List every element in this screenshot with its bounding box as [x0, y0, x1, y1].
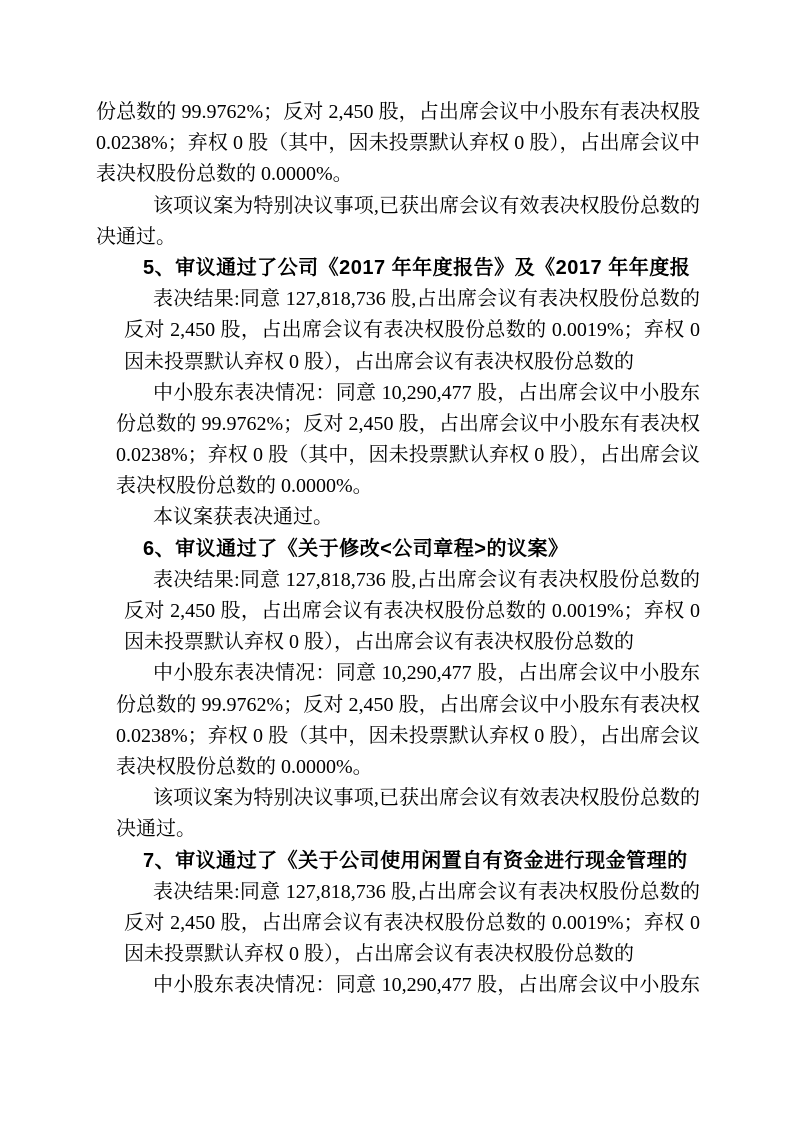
text-line: 表决结果:同意 127,818,736 股,占出席会议有表决权股份总数的 99.…: [96, 284, 700, 315]
resolution-heading: 5、审议通过了公司《2017 年年度报告》及《2017 年年度报告摘要》: [96, 253, 700, 284]
document-page: 份总数的 99.9762%；反对 2,450 股，占出席会议中小股东有表决权股份…: [0, 0, 793, 1122]
text-line: 份总数的 99.9762%；反对 2,450 股，占出席会议中小股东有表决权股份…: [96, 97, 700, 128]
text-line: 反对 2,450 股，占出席会议有表决权股份总数的 0.0019%；弃权 0 股…: [96, 315, 700, 346]
text-line: 份总数的 99.9762%；反对 2,450 股，占出席会议中小股东有表决权股份…: [96, 409, 700, 440]
text-line: 0.0238%；弃权 0 股（其中，因未投票默认弃权 0 股），占出席会议中小股…: [96, 440, 700, 471]
text-line: 因未投票默认弃权 0 股），占出席会议有表决权股份总数的 0.0000%。: [96, 347, 700, 378]
text-line: 决通过。: [96, 222, 700, 253]
text-line: 表决结果:同意 127,818,736 股,占出席会议有表决权股份总数的 99.…: [96, 877, 700, 908]
resolution-heading: 6、审议通过了《关于修改<公司章程>的议案》: [96, 534, 700, 565]
text-line: 反对 2,450 股，占出席会议有表决权股份总数的 0.0019%；弃权 0 股…: [96, 596, 700, 627]
text-line: 表决权股份总数的 0.0000%。: [96, 471, 700, 502]
text-line: 中小股东表决情况：同意 10,290,477 股，占出席会议中小股东有表决权股: [96, 970, 700, 1001]
text-line: 中小股东表决情况：同意 10,290,477 股，占出席会议中小股东有表决权股: [96, 658, 700, 689]
resolution-heading: 7、审议通过了《关于公司使用闲置自有资金进行现金管理的议案》: [96, 846, 700, 877]
text-line: 决通过。: [96, 814, 700, 845]
text-line: 0.0238%；弃权 0 股（其中，因未投票默认弃权 0 股），占出席会议中小股…: [96, 128, 700, 159]
text-line: 反对 2,450 股，占出席会议有表决权股份总数的 0.0019%；弃权 0 股…: [96, 908, 700, 939]
text-line: 中小股东表决情况：同意 10,290,477 股，占出席会议中小股东有表决权股: [96, 378, 700, 409]
document-text-block: 份总数的 99.9762%；反对 2,450 股，占出席会议中小股东有表决权股份…: [96, 97, 700, 1001]
text-line: 该项议案为特别决议事项,已获出席会议有效表决权股份总数的 2/3 以上表: [96, 191, 700, 222]
text-line: 表决权股份总数的 0.0000%。: [96, 159, 700, 190]
text-line: 因未投票默认弃权 0 股），占出席会议有表决权股份总数的 0.0000%。: [96, 939, 700, 970]
text-line: 本议案获表决通过。: [96, 502, 700, 533]
text-line: 表决结果:同意 127,818,736 股,占出席会议有表决权股份总数的 99.…: [96, 565, 700, 596]
text-line: 因未投票默认弃权 0 股），占出席会议有表决权股份总数的 0.0000%。: [96, 627, 700, 658]
text-line: 表决权股份总数的 0.0000%。: [96, 752, 700, 783]
text-line: 份总数的 99.9762%；反对 2,450 股，占出席会议中小股东有表决权股份…: [96, 690, 700, 721]
text-line: 0.0238%；弃权 0 股（其中，因未投票默认弃权 0 股），占出席会议中小股…: [96, 721, 700, 752]
text-line: 该项议案为特别决议事项,已获出席会议有效表决权股份总数的 2/3 以上表: [96, 783, 700, 814]
